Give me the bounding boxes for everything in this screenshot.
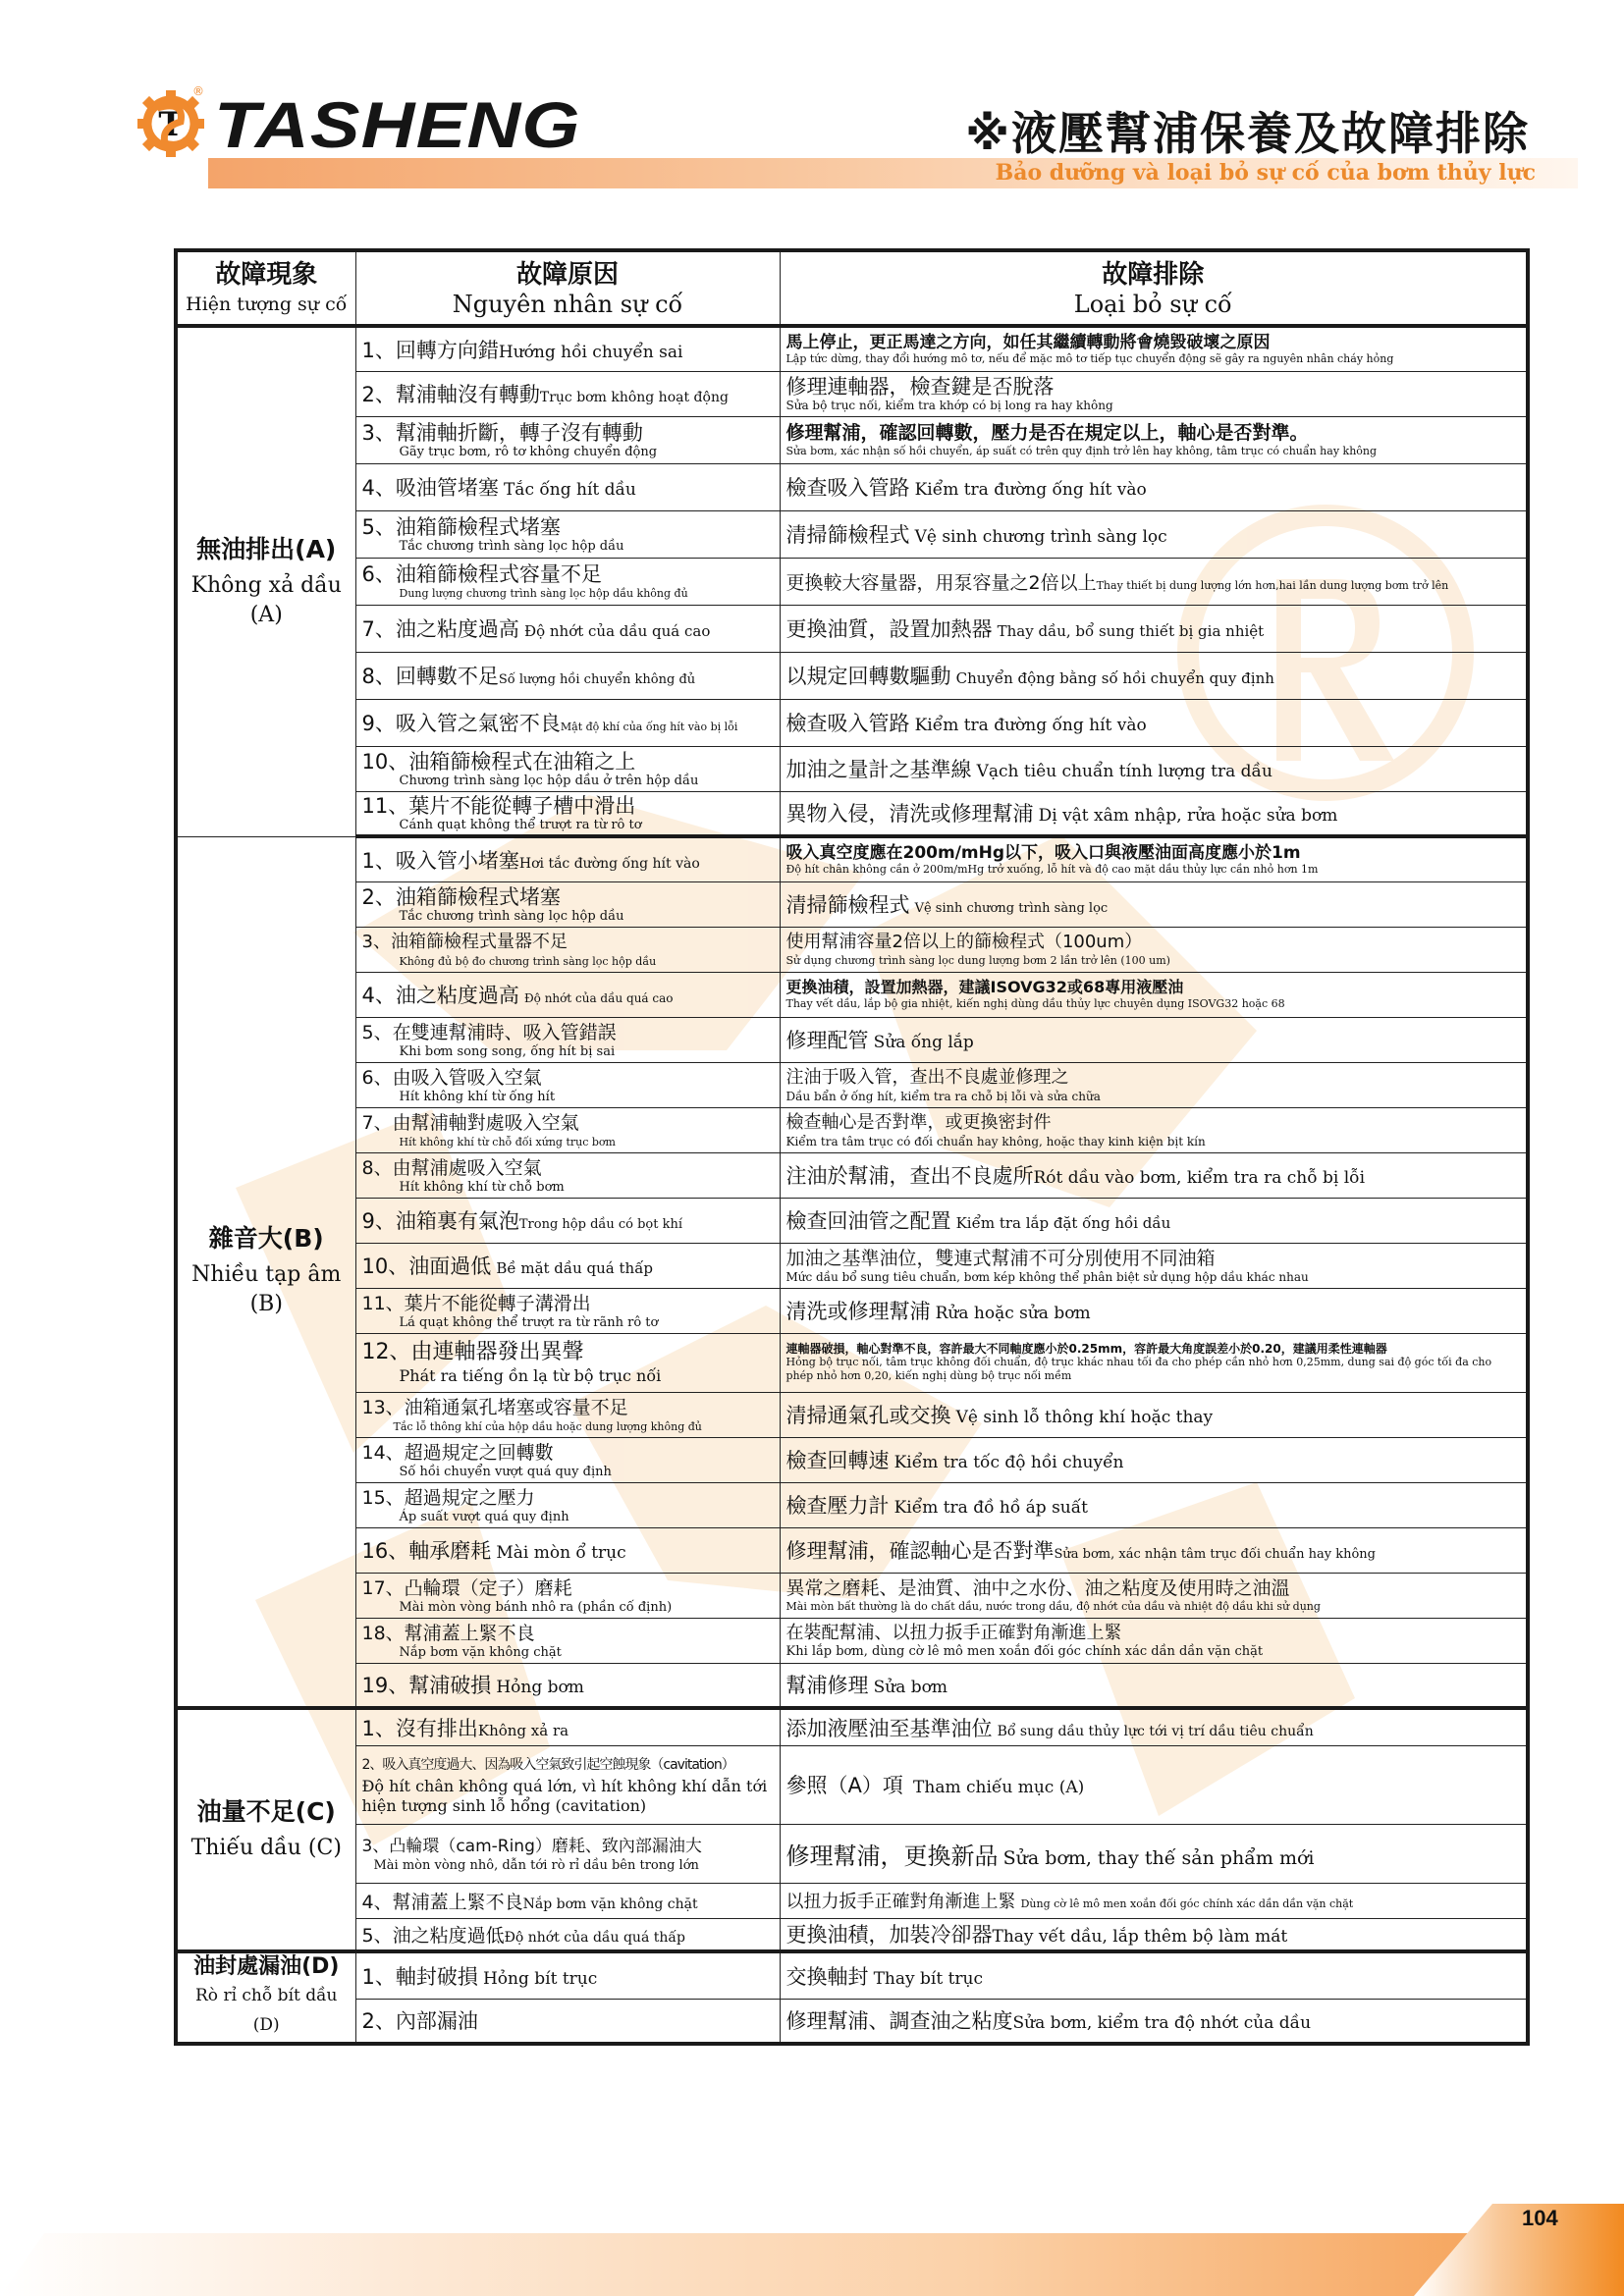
cause-cell: 3、凸輪環（cam-Ring）磨耗、致內部漏油大Mài mòn vòng nhô…: [355, 1824, 780, 1883]
cause-cell: 17、凸輪環（定子）磨耗Mài mòn vòng bánh nhô ra (ph…: [355, 1573, 780, 1618]
cause-cell: 18、幫浦蓋上緊不良Nắp bơm vặn không chặt: [355, 1618, 780, 1663]
table-row: 9、吸入管之氣密不良Mật độ khí của ống hít vào bị …: [176, 699, 1528, 746]
cause-cell: 5、在雙連幫浦時、吸入管錯誤Khi bơm song song, ống hít…: [355, 1017, 780, 1062]
category-c: 油量不足(C) Thiếu dầu (C): [176, 1708, 355, 1951]
fix-cell: 修理幫浦、調查油之粘度Sửa bơm, kiểm tra độ nhớt của…: [780, 1999, 1528, 2044]
category-d: 油封處漏油(D) Rò rỉ chỗ bít dầu (D): [176, 1951, 355, 2044]
fix-cell: 注油於幫浦，查出不良處所Rót dầu vào bơm, kiểm tra ra…: [780, 1152, 1528, 1198]
category-a: 無油排出(A) Không xả dầu (A): [176, 326, 355, 836]
cause-cell: 4、幫浦蓋上緊不良Nắp bơm vặn không chặt: [355, 1883, 780, 1918]
page-number: 104: [1522, 2206, 1558, 2231]
cause-cell: 2、內部漏油: [355, 1999, 780, 2044]
cause-cell: 5、油箱篩檢程式堵塞Tắc chương trình sàng lọc hộp …: [355, 510, 780, 558]
cause-cell: 4、吸油管堵塞 Tắc ống hít dầu: [355, 463, 780, 510]
fix-cell: 連軸器破損，軸心對準不良，容許最大不同軸度應小於0.25mm，容許最大角度誤差小…: [780, 1333, 1528, 1392]
table-row: 10、油箱篩檢程式在油箱之上Chương trình sàng lọc hộp …: [176, 746, 1528, 791]
table-row: 7、油之粘度過高 Độ nhớt của dầu quá cao 更換油質，設置…: [176, 605, 1528, 652]
page-title-zh: ※液壓幫浦保養及故障排除: [965, 98, 1530, 163]
fix-cell: 加油之量計之基準線 Vạch tiêu chuẩn tính lượng tra…: [780, 746, 1528, 791]
cause-cell: 2、吸入真空度過大、因為吸入空氣致引起空蝕現象（cavitation）Độ hí…: [355, 1745, 780, 1824]
fix-cell: 吸入真空度應在200m/mHg以下，吸入口與液壓油面高度應小於1mĐộ hít …: [780, 836, 1528, 881]
header-cause: 故障原因 Nguyên nhân sự cố: [355, 250, 780, 326]
cause-cell: 8、由幫浦處吸入空氣Hít không khí từ chỗ bơm: [355, 1152, 780, 1198]
table-row: 10、油面過低 Bề mặt dầu quá thấp 加油之基準油位，雙連式幫…: [176, 1243, 1528, 1288]
table-row: 油封處漏油(D) Rò rỉ chỗ bít dầu (D) 1、軸封破損 Hỏ…: [176, 1951, 1528, 1999]
cause-cell: 12、由連軸器發出異聲Phát ra tiếng ồn lạ từ bộ trụ…: [355, 1333, 780, 1392]
table-row: 5、油箱篩檢程式堵塞Tắc chương trình sàng lọc hộp …: [176, 510, 1528, 558]
page-title-vi: Bảo dưỡng và loại bỏ sự cố của bơm thủy …: [996, 160, 1536, 186]
table-row: 4、油之粘度過高 Độ nhớt của dầu quá cao 更換油積，設置…: [176, 972, 1528, 1017]
fix-cell: 更換油積，加裝冷卻器Thay vết dầu, lắp thêm bộ làm …: [780, 1918, 1528, 1951]
fix-cell: 修理幫浦，確認軸心是否對準Sửa bơm, xác nhận tâm trục …: [780, 1527, 1528, 1573]
table-row: 11、葉片不能從轉子溝滑出Lá quạt không thể trượt ra …: [176, 1288, 1528, 1333]
registered-mark: ®: [192, 84, 204, 98]
table-row: 9、油箱裏有氣泡Trong hộp dầu có bọt khí 檢查回油管之配…: [176, 1198, 1528, 1243]
table-row: 19、幫浦破損 Hỏng bơm 幫浦修理 Sửa bơm: [176, 1663, 1528, 1708]
table-row: 14、超過規定之回轉數Số hồi chuyển vượt quá quy đị…: [176, 1437, 1528, 1482]
table-row: 5、在雙連幫浦時、吸入管錯誤Khi bơm song song, ống hít…: [176, 1017, 1528, 1062]
table-row: 15、超過規定之壓力Áp suất vượt quá quy định 檢查壓力…: [176, 1482, 1528, 1527]
fix-cell: 以規定回轉數驅動 Chuyển động bằng số hồi chuyển …: [780, 652, 1528, 699]
fix-cell: 檢查吸入管路 Kiểm tra đường ống hít vào: [780, 463, 1528, 510]
brand-logo-text: TASHENG: [214, 90, 581, 159]
table-row: 8、回轉數不足Số lượng hồi chuyển không đủ 以規定回…: [176, 652, 1528, 699]
cause-cell: 13、油箱通氣孔堵塞或容量不足Tắc lỗ thông khí của hộp …: [355, 1392, 780, 1437]
table-row: 11、葉片不能從轉子槽中滑出Cánh quạt không thể trượt …: [176, 791, 1528, 836]
table-row: 無油排出(A) Không xả dầu (A) 1、回轉方向錯Hướng hồ…: [176, 326, 1528, 371]
cause-cell: 10、油面過低 Bề mặt dầu quá thấp: [355, 1243, 780, 1288]
category-b: 雜音大(B) Nhiều tạp âm (B): [176, 836, 355, 1708]
fix-cell: 幫浦修理 Sửa bơm: [780, 1663, 1528, 1708]
table-row: 雜音大(B) Nhiều tạp âm (B) 1、吸入管小堵塞Hơi tắc …: [176, 836, 1528, 881]
footer-gradient-bar: [0, 2233, 1624, 2296]
table-row: 7、由幫浦軸對處吸入空氣Hít không khí từ chỗ đối xứn…: [176, 1107, 1528, 1152]
fix-cell: 在裝配幫浦、以扭力扳手正確對角漸進上緊Khi lắp bơm, dùng cờ …: [780, 1618, 1528, 1663]
fix-cell: 修理連軸器，檢查鍵是否脫落Sửa bộ trục nối, kiểm tra k…: [780, 371, 1528, 416]
table-row: 8、由幫浦處吸入空氣Hít không khí từ chỗ bơm 注油於幫浦…: [176, 1152, 1528, 1198]
table-row: 18、幫浦蓋上緊不良Nắp bơm vặn không chặt 在裝配幫浦、以…: [176, 1618, 1528, 1663]
fix-cell: 清掃篩檢程式 Vệ sinh chương trình sàng lọc: [780, 510, 1528, 558]
fix-cell: 檢查軸心是否對準，或更換密封件Kiểm tra tâm trục có đối …: [780, 1107, 1528, 1152]
troubleshooting-table: 故障現象 Hiện tượng sự cố 故障原因 Nguyên nhân s…: [174, 248, 1530, 2046]
cause-cell: 1、沒有排出Không xả ra: [355, 1708, 780, 1745]
cause-cell: 5、油之粘度過低Độ nhớt của dầu quá thấp: [355, 1918, 780, 1951]
table-row: 5、油之粘度過低Độ nhớt của dầu quá thấp 更換油積，加裝…: [176, 1918, 1528, 1951]
cause-cell: 14、超過規定之回轉數Số hồi chuyển vượt quá quy đị…: [355, 1437, 780, 1482]
fix-cell: 更換油積，設置加熱器，建議ISOVG32或68專用液壓油Thay vết dầu…: [780, 972, 1528, 1017]
cause-cell: 4、油之粘度過高 Độ nhớt của dầu quá cao: [355, 972, 780, 1017]
cause-cell: 8、回轉數不足Số lượng hồi chuyển không đủ: [355, 652, 780, 699]
fix-cell: 更換較大容量器，用泵容量之2倍以上Thay thiết bị dung lượn…: [780, 558, 1528, 605]
fix-cell: 檢查回油管之配置 Kiểm tra lắp đặt ống hồi dầu: [780, 1198, 1528, 1243]
table-row: 3、幫浦軸折斷，轉子沒有轉動Gãy trục bơm, rô tơ không …: [176, 416, 1528, 463]
table-row: 3、油箱篩檢程式量器不足Không đủ bộ đo chương trình …: [176, 927, 1528, 972]
fix-cell: 檢查回轉速 Kiểm tra tốc độ hồi chuyển: [780, 1437, 1528, 1482]
fix-cell: 修理幫浦，確認回轉數，壓力是否在規定以上，軸心是否對準。Sửa bơm, xác…: [780, 416, 1528, 463]
fix-cell: 異常之磨耗、是油質、油中之水份、油之粘度及使用時之油溫Mài mòn bất t…: [780, 1573, 1528, 1618]
table-row: 17、凸輪環（定子）磨耗Mài mòn vòng bánh nhô ra (ph…: [176, 1573, 1528, 1618]
fix-cell: 清掃篩檢程式 Vệ sinh chương trình sàng lọc: [780, 881, 1528, 927]
fix-cell: 以扭力扳手正確對角漸進上緊 Dùng cờ lê mô men xoắn đối…: [780, 1883, 1528, 1918]
cause-cell: 2、油箱篩檢程式堵塞Tắc chương trình sàng lọc hộp …: [355, 881, 780, 927]
table-row: 6、由吸入管吸入空氣Hít không khí từ ống hít 注油于吸入…: [176, 1062, 1528, 1107]
cause-cell: 7、由幫浦軸對處吸入空氣Hít không khí từ chỗ đối xứn…: [355, 1107, 780, 1152]
cause-cell: 10、油箱篩檢程式在油箱之上Chương trình sàng lọc hộp …: [355, 746, 780, 791]
table-row: 油量不足(C) Thiếu dầu (C) 1、沒有排出Không xả ra …: [176, 1708, 1528, 1745]
table-row: 12、由連軸器發出異聲Phát ra tiếng ồn lạ từ bộ trụ…: [176, 1333, 1528, 1392]
table-row: 4、幫浦蓋上緊不良Nắp bơm vặn không chặt 以扭力扳手正確對…: [176, 1883, 1528, 1918]
fix-cell: 異物入侵，清洗或修理幫浦 Dị vật xâm nhập, rửa hoặc s…: [780, 791, 1528, 836]
fix-cell: 交換軸封 Thay bít trục: [780, 1951, 1528, 1999]
cause-cell: 6、由吸入管吸入空氣Hít không khí từ ống hít: [355, 1062, 780, 1107]
table-header-row: 故障現象 Hiện tượng sự cố 故障原因 Nguyên nhân s…: [176, 250, 1528, 326]
table-row: 3、凸輪環（cam-Ring）磨耗、致內部漏油大Mài mòn vòng nhô…: [176, 1824, 1528, 1883]
cause-cell: 2、幫浦軸沒有轉動Trục bơm không hoạt động: [355, 371, 780, 416]
cause-cell: 19、幫浦破損 Hỏng bơm: [355, 1663, 780, 1708]
table-row: 2、吸入真空度過大、因為吸入空氣致引起空蝕現象（cavitation）Độ hí…: [176, 1745, 1528, 1824]
cause-cell: 1、吸入管小堵塞Hơi tắc đường ống hít vào: [355, 836, 780, 881]
fix-cell: 清掃通氣孔或交換 Vệ sinh lỗ thông khí hoặc thay: [780, 1392, 1528, 1437]
cause-cell: 3、幫浦軸折斷，轉子沒有轉動Gãy trục bơm, rô tơ không …: [355, 416, 780, 463]
cause-cell: 3、油箱篩檢程式量器不足Không đủ bộ đo chương trình …: [355, 927, 780, 972]
fix-cell: 添加液壓油至基準油位 Bổ sung dầu thủy lực tới vị t…: [780, 1708, 1528, 1745]
fix-cell: 更換油質，設置加熱器 Thay dầu, bổ sung thiết bị gi…: [780, 605, 1528, 652]
cause-cell: 15、超過規定之壓力Áp suất vượt quá quy định: [355, 1482, 780, 1527]
fix-cell: 馬上停止，更正馬達之方向，如任其繼續轉動將會燒毀破壞之原因Lập tức dừn…: [780, 326, 1528, 371]
fix-cell: 加油之基準油位，雙連式幫浦不可分別使用不同油箱Mức dầu bổ sung t…: [780, 1243, 1528, 1288]
cause-cell: 16、軸承磨耗 Mài mòn ổ trục: [355, 1527, 780, 1573]
fix-cell: 檢查壓力計 Kiểm tra đồ hồ áp suất: [780, 1482, 1528, 1527]
fix-cell: 檢查吸入管路 Kiểm tra đường ống hít vào: [780, 699, 1528, 746]
cause-cell: 9、油箱裏有氣泡Trong hộp dầu có bọt khí: [355, 1198, 780, 1243]
table-row: 13、油箱通氣孔堵塞或容量不足Tắc lỗ thông khí của hộp …: [176, 1392, 1528, 1437]
table-row: 4、吸油管堵塞 Tắc ống hít dầu 檢查吸入管路 Kiểm tra …: [176, 463, 1528, 510]
cause-cell: 9、吸入管之氣密不良Mật độ khí của ống hít vào bị …: [355, 699, 780, 746]
table-row: 16、軸承磨耗 Mài mòn ổ trục 修理幫浦，確認軸心是否對準Sửa …: [176, 1527, 1528, 1573]
cause-cell: 1、軸封破損 Hỏng bít trục: [355, 1951, 780, 1999]
cause-cell: 7、油之粘度過高 Độ nhớt của dầu quá cao: [355, 605, 780, 652]
fix-cell: 修理幫浦，更換新品 Sửa bơm, thay thế sản phẩm mới: [780, 1824, 1528, 1883]
fix-cell: 使用幫浦容量2倍以上的篩檢程式（100um）Sử dụng chương trì…: [780, 927, 1528, 972]
table-row: 2、油箱篩檢程式堵塞Tắc chương trình sàng lọc hộp …: [176, 881, 1528, 927]
table-row: 2、幫浦軸沒有轉動Trục bơm không hoạt động 修理連軸器，…: [176, 371, 1528, 416]
cause-cell: 6、油箱篩檢程式容量不足Dung lượng chương trình sàng…: [355, 558, 780, 605]
fix-cell: 注油于吸入管，查出不良處並修理之Dầu bẩn ở ống hít, kiểm …: [780, 1062, 1528, 1107]
fix-cell: 修理配管 Sửa ống lắp: [780, 1017, 1528, 1062]
header-solution: 故障排除 Loại bỏ sự cố: [780, 250, 1528, 326]
cause-cell: 11、葉片不能從轉子槽中滑出Cánh quạt không thể trượt …: [355, 791, 780, 836]
fix-cell: 清洗或修理幫浦 Rửa hoặc sửa bơm: [780, 1288, 1528, 1333]
cause-cell: 1、回轉方向錯Hướng hồi chuyển sai: [355, 326, 780, 371]
header-phenomenon: 故障現象 Hiện tượng sự cố: [176, 250, 355, 326]
cause-cell: 11、葉片不能從轉子溝滑出Lá quạt không thể trượt ra …: [355, 1288, 780, 1333]
fix-cell: 參照（A）項 Tham chiếu mục (A): [780, 1745, 1528, 1824]
table-row: 6、油箱篩檢程式容量不足Dung lượng chương trình sàng…: [176, 558, 1528, 605]
table-row: 2、內部漏油 修理幫浦、調查油之粘度Sửa bơm, kiểm tra độ n…: [176, 1999, 1528, 2044]
